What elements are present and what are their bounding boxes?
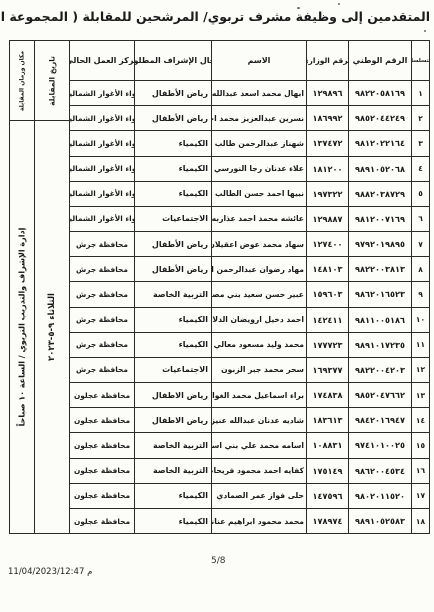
cell-center: محافظة عجلون xyxy=(70,383,134,408)
cell-field: رياض الأطفال xyxy=(135,106,211,131)
cell-ministry: ١٨٣٦١٣ xyxy=(307,408,348,433)
cell-center: لواء الأغوار الشمالية xyxy=(70,182,134,207)
column-field-body: رياض الأطفالرياض الأطفالالكيمياءالكيمياء… xyxy=(135,81,211,533)
cell-serial: ١٢ xyxy=(412,358,429,383)
cell-ministry: ١٣٧٤٧٢ xyxy=(307,131,348,156)
column-national-body: ٩٨٢٢٠٥٨١٦٩٩٨٥٢٠٤٤٢٤٩٩٨١٢٠٢٢١٦٤٩٨٩١٠٥٢٠٦٨… xyxy=(349,81,411,533)
cell-national: ٩٨٢٢٠٠٣٨١٣ xyxy=(349,257,411,282)
cell-national: ٩٨٨٢٠٣٨٧٢٩ xyxy=(349,182,411,207)
column-name: الاسم ابهال محمد اسعد عبداللهنسرين عبدال… xyxy=(211,41,306,533)
column-header-name: الاسم xyxy=(212,41,306,81)
cell-center: لواء الأغوار الشمالية xyxy=(70,106,134,131)
scan-speck xyxy=(338,3,340,5)
column-serial: التسلسل ١٢٣٤٥٦٧٨٩١٠١١١٢١٣١٤١٥١٦١٧١٨ xyxy=(411,41,429,533)
column-name-body: ابهال محمد اسعد عبداللهنسرين عبدالعزيز م… xyxy=(212,81,306,533)
cell-ministry: ١٧٤٨٣٨ xyxy=(307,383,348,408)
cell-center: محافظة جرش xyxy=(70,282,134,307)
interview-place-header-label: مكان وزمان المقابلة xyxy=(19,50,26,110)
cell-serial: ٩ xyxy=(412,282,429,307)
document-page: المتقدمين إلى وظيفة مشرف تربوي/ المرشحين… xyxy=(0,0,434,612)
cell-national: ٩٨٠٢٠١١٥٢٠ xyxy=(349,484,411,509)
cell-national: ٩٧٤١٠١٠٠٢٥ xyxy=(349,433,411,458)
cell-ministry: ١٧٥١٤٩ xyxy=(307,459,348,484)
cell-center: لواء الأغوار الشمالية xyxy=(70,131,134,156)
interview-place-merged-cell: إدارة الإشراف والتدريب التربوي / الساعة … xyxy=(10,121,34,533)
cell-serial: ٣ xyxy=(412,131,429,156)
column-work-center: مركز العمل الحالي لواء الأغوار الشماليةل… xyxy=(69,41,134,533)
column-header-interview-place: مكان وزمان المقابلة xyxy=(10,41,34,121)
cell-ministry: ١٧٨٩٧٤ xyxy=(307,509,348,533)
cell-field: الكيمياء xyxy=(135,333,211,358)
column-supervision-field: مجال الإشراف المطلوب رياض الأطفالرياض ال… xyxy=(134,41,211,533)
interview-place-value: إدارة الإشراف والتدريب التربوي / الساعة … xyxy=(18,228,27,427)
cell-center: محافظة جرش xyxy=(70,257,134,282)
cell-center: محافظة جرش xyxy=(70,333,134,358)
column-header-national-id: الرقم الوطني xyxy=(349,41,411,81)
cell-field: التربية الخاصة xyxy=(135,433,211,458)
cell-field: رياض الاطفال xyxy=(135,408,211,433)
cell-ministry: ١٤٨١٠٣ xyxy=(307,257,348,282)
interview-date-value: الثلاثاء ٩-٥-٢٠٢٣ xyxy=(47,293,57,361)
cell-name: كفايه احمد محمود فريحات xyxy=(212,459,306,484)
cell-name: اسامه محمد علي بني اسماعيل xyxy=(212,433,306,458)
cell-center: لواء الأغوار الشمالية xyxy=(70,207,134,232)
cell-center: محافظة عجلون xyxy=(70,484,134,509)
cell-field: التربية الخاصة xyxy=(135,459,211,484)
cell-center: محافظة عجلون xyxy=(70,408,134,433)
cell-field: الكيمياء xyxy=(135,131,211,156)
cell-ministry: ١٠٨٨٣١ xyxy=(307,433,348,458)
cell-ministry: ١٨٦٩٩٢ xyxy=(307,106,348,131)
page-title: المتقدمين إلى وظيفة مشرف تربوي/ المرشحين… xyxy=(0,9,430,24)
cell-field: الاجتماعيات xyxy=(135,207,211,232)
column-ministry-id: الرقم الوزاري ١٢٩٨٩٦١٨٦٩٩٢١٣٧٤٧٢١٨١٢٠٠١٩… xyxy=(306,41,348,533)
cell-center: محافظة جرش xyxy=(70,358,134,383)
cell-field: رياض الاطفال xyxy=(135,383,211,408)
column-header-serial: التسلسل xyxy=(412,41,429,81)
cell-name: محمد محمود ابراهيم عنانبه xyxy=(212,509,306,533)
cell-name: نبيها احمد حسن الطالب xyxy=(212,182,306,207)
cell-name: سحر محمد جبر الزبون xyxy=(212,358,306,383)
cell-national: ٩٨٤٢٠١٦٩٤٧ xyxy=(349,408,411,433)
cell-center: محافظة جرش xyxy=(70,308,134,333)
cell-name: شاديه عدنان عبدالله عنيزات xyxy=(212,408,306,433)
cell-name: نسرين عبدالعزيز محمد احمد xyxy=(212,106,306,131)
cell-national: ٩٨١٢٠٠٧١٦٩ xyxy=(349,207,411,232)
cell-center: محافظة عجلون xyxy=(70,459,134,484)
cell-field: الكيمياء xyxy=(135,509,211,533)
column-center-body: لواء الأغوار الشماليةلواء الأغوار الشمال… xyxy=(70,81,134,533)
cell-name: احمد دخيل ارويضان الدلابيح xyxy=(212,308,306,333)
cell-ministry: ١٤٧٥٩٦ xyxy=(307,484,348,509)
cell-serial: ٢ xyxy=(412,106,429,131)
cell-field: رياض الأطفال xyxy=(135,232,211,257)
cell-field: الكيمياء xyxy=(135,157,211,182)
candidates-table: التسلسل ١٢٣٤٥٦٧٨٩١٠١١١٢١٣١٤١٥١٦١٧١٨ الرق… xyxy=(9,40,430,534)
cell-name: سهاد محمد عوض اعقيلان xyxy=(212,232,306,257)
cell-ministry: ١٢٧٤٠٠ xyxy=(307,232,348,257)
cell-national: ٩٧٩٢٠١٩٨٩٥ xyxy=(349,232,411,257)
cell-national: ٩٨٦٢٠١٦٥٢٣ xyxy=(349,282,411,307)
cell-national: ٩٨٩١٠٥٢٥٨٣ xyxy=(349,509,411,533)
cell-serial: ١٦ xyxy=(412,459,429,484)
column-serial-body: ١٢٣٤٥٦٧٨٩١٠١١١٢١٣١٤١٥١٦١٧١٨ xyxy=(412,81,429,533)
interview-date-header-label: تاريخ المقابلة xyxy=(48,56,57,106)
cell-name: شهناز عبدالرحمن طالب البراهمه xyxy=(212,131,306,156)
column-header-supervision-field: مجال الإشراف المطلوب xyxy=(135,41,211,81)
cell-national: ٩٨٢٢٠٠٤٢٠٣ xyxy=(349,358,411,383)
cell-national: ٩٨١٢٠٢٢١٦٤ xyxy=(349,131,411,156)
cell-name: براء اسماعيل محمد الغوانمه xyxy=(212,383,306,408)
cell-ministry: ١٤٢٤١١ xyxy=(307,308,348,333)
cell-serial: ٥ xyxy=(412,182,429,207)
cell-ministry: ١٥٩٦٠٣ xyxy=(307,282,348,307)
cell-field: الكيمياء xyxy=(135,182,211,207)
column-header-work-center: مركز العمل الحالي xyxy=(70,41,134,81)
cell-serial: ١١ xyxy=(412,333,429,358)
page-number: 5/8 xyxy=(211,556,225,566)
cell-name: علاء عدنان رجا النورسي xyxy=(212,157,306,182)
cell-name: حلى فواز عمر الصمادي xyxy=(212,484,306,509)
cell-center: محافظة عجلون xyxy=(70,433,134,458)
column-national-id: الرقم الوطني ٩٨٢٢٠٥٨١٦٩٩٨٥٢٠٤٤٢٤٩٩٨١٢٠٢٢… xyxy=(348,41,411,533)
cell-center: محافظة عجلون xyxy=(70,509,134,533)
cell-serial: ٨ xyxy=(412,257,429,282)
cell-name: عائشه محمد احمد عذاربه xyxy=(212,207,306,232)
cell-national: ٩٨٥٢٠٤٤٢٤٩ xyxy=(349,106,411,131)
cell-center: محافظة جرش xyxy=(70,232,134,257)
cell-national: ٩٨٥٢٠٤٧٦٦٢ xyxy=(349,383,411,408)
cell-ministry: ١٦٩٣٧٧ xyxy=(307,358,348,383)
cell-serial: ١٧ xyxy=(412,484,429,509)
cell-serial: ١٠ xyxy=(412,308,429,333)
column-ministry-body: ١٢٩٨٩٦١٨٦٩٩٢١٣٧٤٧٢١٨١٢٠٠١٩٧٣٢٢١٢٩٨٨٧١٢٧٤… xyxy=(307,81,348,533)
cell-national: ٩٨٢٢٠٥٨١٦٩ xyxy=(349,81,411,106)
cell-serial: ١٤ xyxy=(412,408,429,433)
cell-national: ٩٨١١٠٠٥١٨٦ xyxy=(349,308,411,333)
cell-national: ٩٨٩١٠١٧٢٣٥ xyxy=(349,333,411,358)
cell-field: الكيمياء xyxy=(135,308,211,333)
cell-ministry: ١٢٩٨٨٧ xyxy=(307,207,348,232)
scan-speck xyxy=(424,30,426,32)
cell-national: ٩٨٦٢٠٠٤٥٣٤ xyxy=(349,459,411,484)
cell-name: مهاد رضوان عبدالرحمن الرجا xyxy=(212,257,306,282)
cell-name: محمد وليد مسعود معالي xyxy=(212,333,306,358)
cell-serial: ١٣ xyxy=(412,383,429,408)
column-header-ministry-id: الرقم الوزاري xyxy=(307,41,348,81)
cell-serial: ٧ xyxy=(412,232,429,257)
column-header-interview-date: تاريخ المقابلة xyxy=(35,41,69,121)
cell-ministry: ١٢٩٨٩٦ xyxy=(307,81,348,106)
cell-serial: ١٥ xyxy=(412,433,429,458)
cell-name: ابهال محمد اسعد عبدالله xyxy=(212,81,306,106)
column-interview-place: مكان وزمان المقابلة إدارة الإشراف والتدر… xyxy=(10,41,34,533)
cell-name: عبير حسن سعيد بني مصطفى xyxy=(212,282,306,307)
cell-national: ٩٨٩١٠٥٢٠٦٨ xyxy=(349,157,411,182)
cell-serial: ٤ xyxy=(412,157,429,182)
cell-field: رياض الأطفال xyxy=(135,257,211,282)
cell-ministry: ١٨١٢٠٠ xyxy=(307,157,348,182)
print-timestamp: 11/04/2023/12:47 م xyxy=(8,567,92,577)
cell-ministry: ١٩٧٣٢٢ xyxy=(307,182,348,207)
cell-serial: ٦ xyxy=(412,207,429,232)
column-interview-date: تاريخ المقابلة الثلاثاء ٩-٥-٢٠٢٣ xyxy=(34,41,69,533)
cell-field: رياض الأطفال xyxy=(135,81,211,106)
cell-serial: ١ xyxy=(412,81,429,106)
cell-field: الاجتماعيات xyxy=(135,358,211,383)
cell-center: لواء الأغوار الشمالية xyxy=(70,157,134,182)
cell-serial: ١٨ xyxy=(412,509,429,533)
cell-field: التربية الخاصة xyxy=(135,282,211,307)
cell-field: الكيمياء xyxy=(135,484,211,509)
cell-center: لواء الأغوار الشمالية xyxy=(70,81,134,106)
interview-date-merged-cell: الثلاثاء ٩-٥-٢٠٢٣ xyxy=(35,121,69,533)
cell-ministry: ١٧٧٧٢٣ xyxy=(307,333,348,358)
